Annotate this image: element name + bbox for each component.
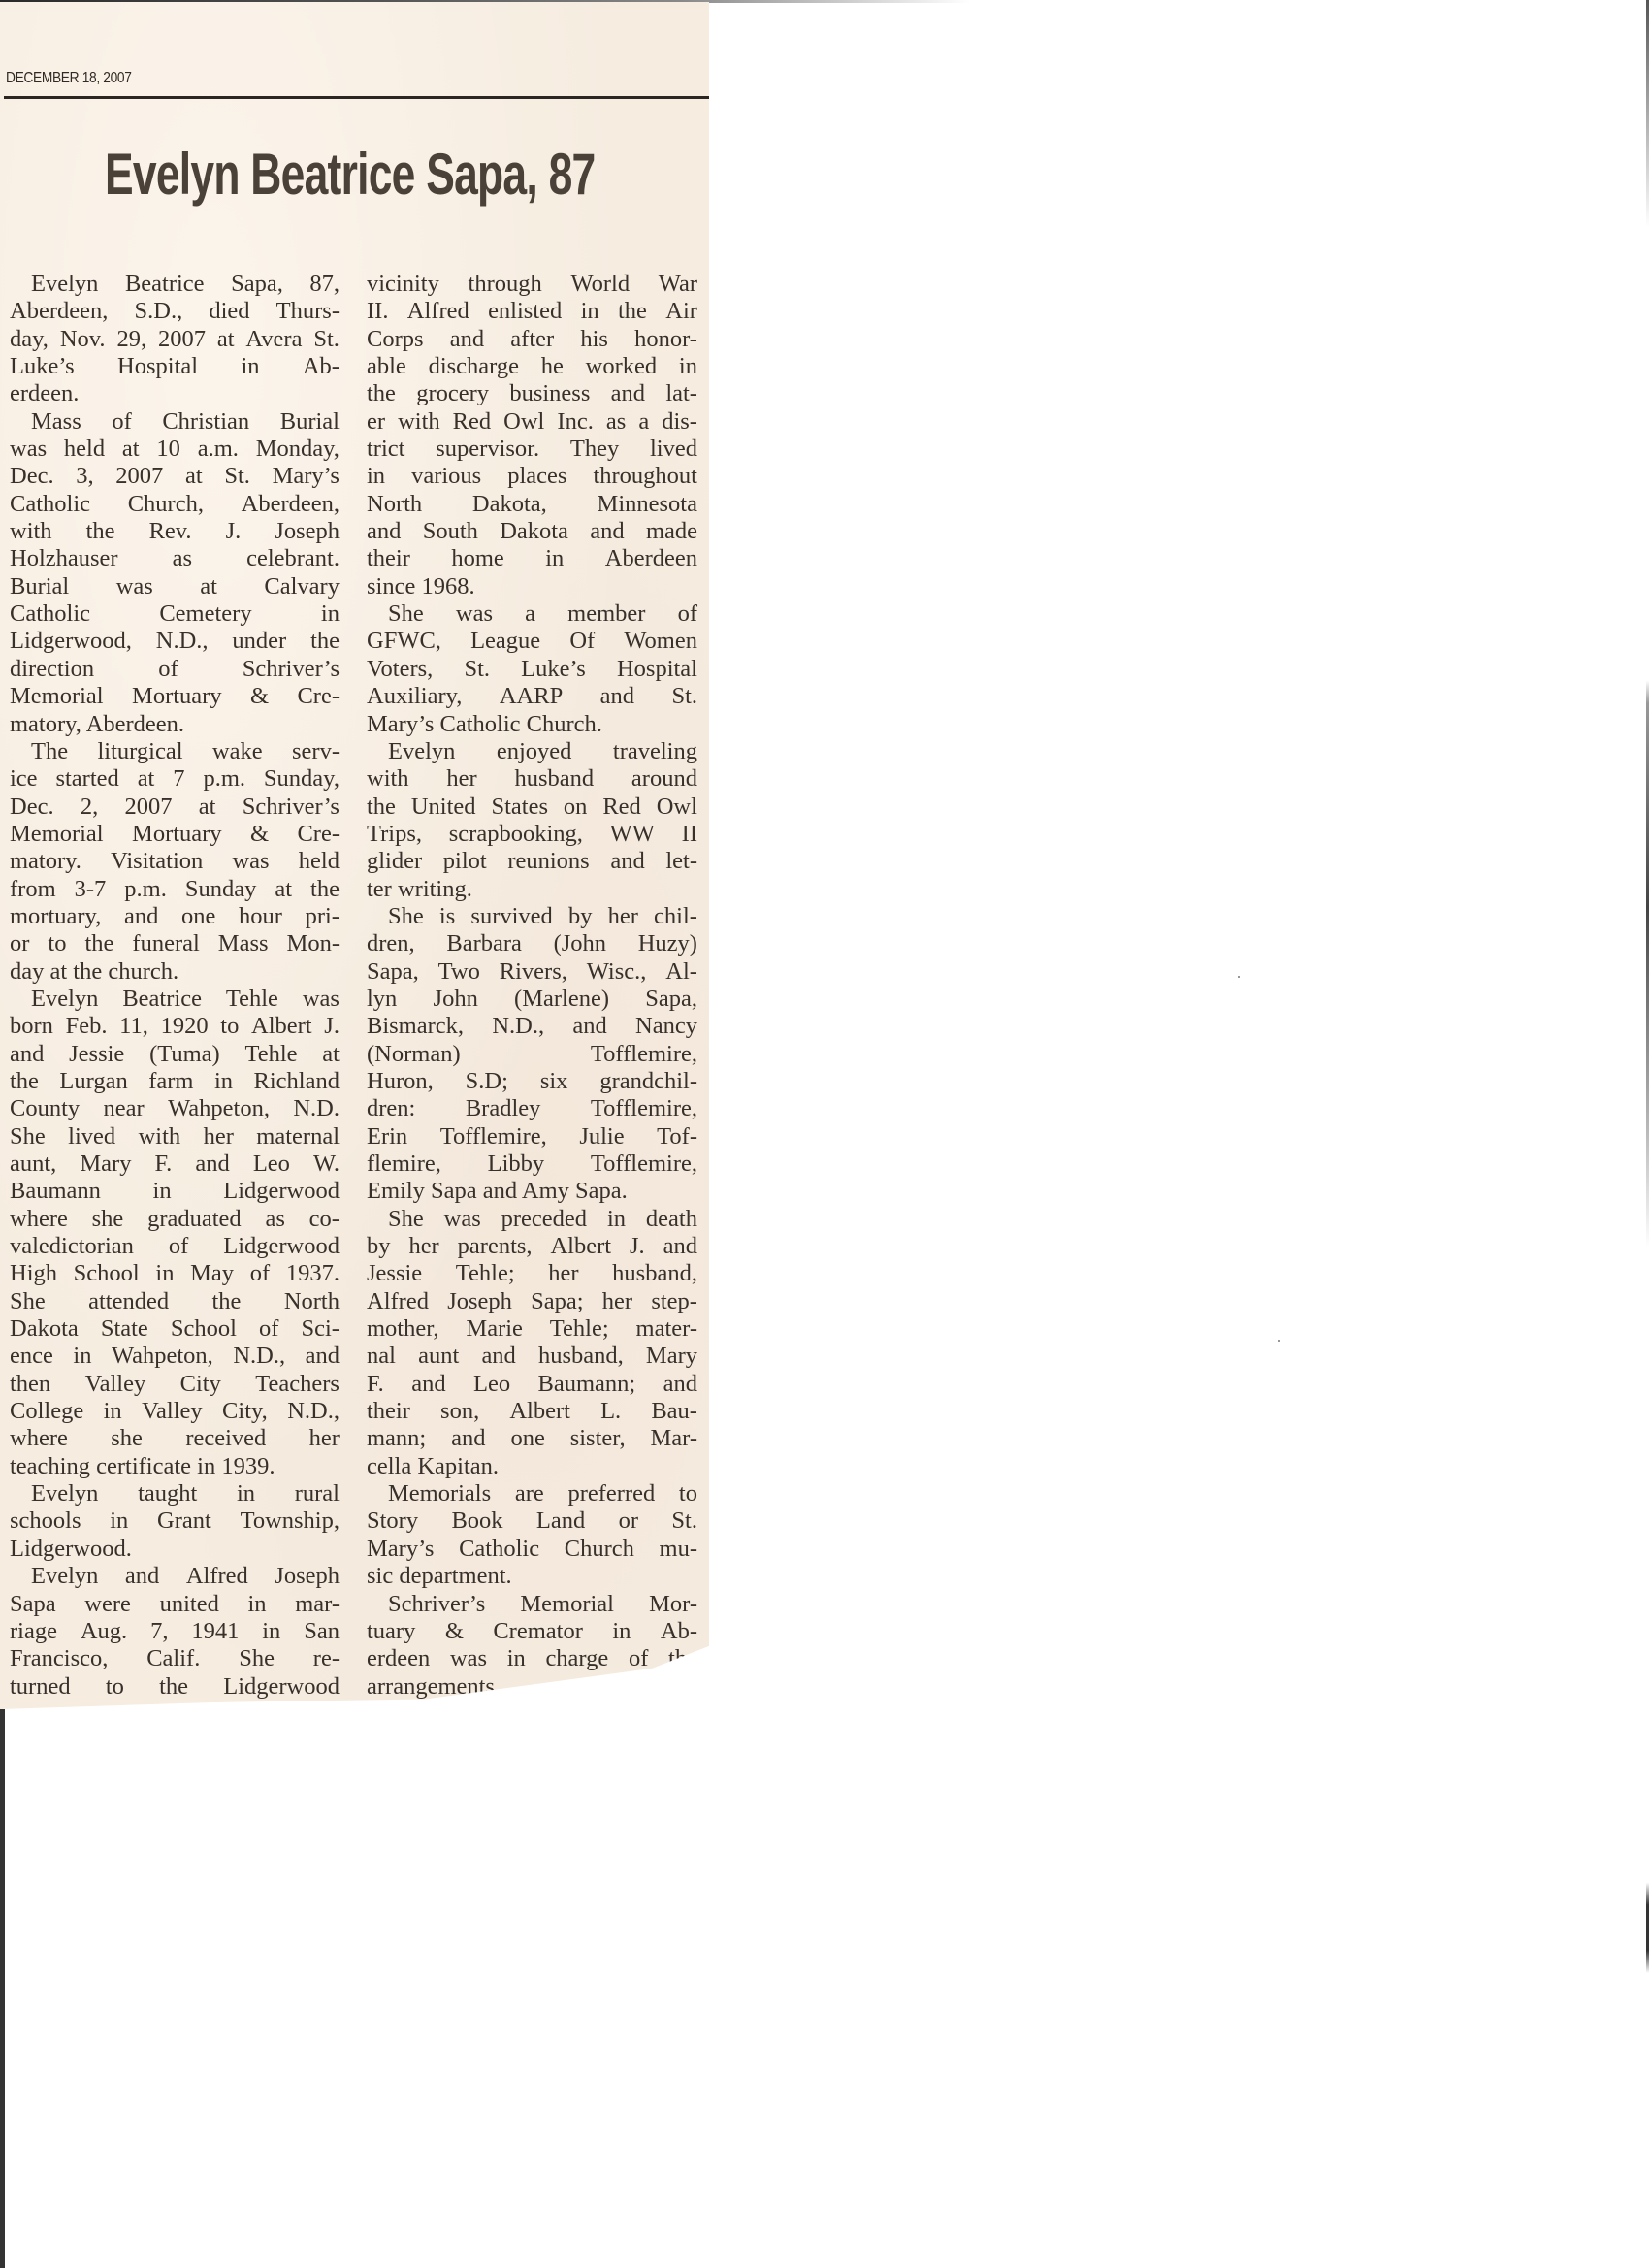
text-line: CountynearWahpeton,N.D. [10,1095,339,1122]
obituary-headline: Evelyn Beatrice Sapa, 87 [105,144,595,206]
text-column-1: EvelynBeatriceSapa,87,Aberdeen,S.D.,died… [10,271,339,1701]
text-line: andJessie(Tuma)Tehleat [10,1041,339,1068]
text-line: invariousplacesthroughout [367,463,697,490]
text-line: from3-7p.m.Sundayatthe [10,876,339,903]
text-line: teaching certificate in 1939. [10,1453,339,1480]
text-line: Huron,S.D;sixgrandchil- [367,1068,697,1095]
text-line: directionofSchriver’s [10,656,339,683]
text-line: Shewasprecededindeath [367,1206,697,1233]
text-line: MassofChristianBurial [10,408,339,436]
text-line: DakotaStateSchoolofSci- [10,1315,339,1343]
text-line: Lidgerwood,N.D.,underthe [10,628,339,655]
text-line: since 1968. [367,573,697,600]
text-line: day at the church. [10,958,339,986]
text-line: arrangements. [367,1673,697,1701]
text-line: Dec.2,2007atSchriver’s [10,794,339,821]
text-line: Voters,St.Luke’sHospital [367,656,697,683]
text-line: Aberdeen,S.D.,diedThurs- [10,298,339,325]
text-line: theirson,AlbertL.Bau- [367,1398,697,1425]
text-line: Lidgerwood. [10,1536,339,1563]
text-line: ortothefuneralMassMon- [10,930,339,957]
text-line: Memorialsarepreferredto [367,1480,697,1507]
text-line: Shelivedwithhermaternal [10,1123,339,1150]
text-line: NorthDakota,Minnesota [367,491,697,518]
text-line: theirhomeinAberdeen [367,545,697,572]
text-line: cella Kapitan. [367,1453,697,1480]
text-line: Bismarck,N.D.,andNancy [367,1013,697,1040]
text-line: matory, Aberdeen. [10,711,339,738]
text-line: CatholicChurch,Aberdeen, [10,491,339,518]
text-line: GFWC,LeagueOfWomen [367,628,697,655]
text-line: vicinitythroughWorldWar [367,271,697,298]
scan-speck [1238,976,1240,978]
text-line: SheattendedtheNorth [10,1288,339,1315]
text-line: turnedtotheLidgerwood [10,1673,339,1701]
text-line: trictsupervisor.Theylived [367,436,697,463]
text-line: flemire,LibbyTofflemire, [367,1150,697,1178]
text-line: abledischargeheworkedin [367,353,697,380]
newspaper-clipping: DECEMBER 18, 2007 Evelyn Beatrice Sapa, … [0,2,709,1709]
text-line: Holzhauserascelebrant. [10,545,339,572]
text-line: tuary&CrematorinAb- [367,1618,697,1645]
text-line: MemorialMortuary&Cre- [10,821,339,848]
text-line: dren:BradleyTofflemire, [367,1095,697,1122]
text-line: CollegeinValleyCity,N.D., [10,1398,339,1425]
text-line: ErinTofflemire,JulieTof- [367,1123,697,1150]
text-line: Emily Sapa and Amy Sapa. [367,1178,697,1205]
text-line: Trips,scrapbooking,WWII [367,821,697,848]
text-line: ter writing. [367,876,697,903]
text-line: lynJohn(Marlene)Sapa, [367,986,697,1013]
text-line: Shewasamemberof [367,600,697,628]
text-line: thegrocerybusinessandlat- [367,380,697,407]
text-line: (Norman)Tofflemire, [367,1041,697,1068]
text-line: AlfredJosephSapa;herstep- [367,1288,697,1315]
text-line: CatholicCemeteryin [10,600,339,628]
header-rule [4,96,709,99]
text-line: Francisco,Calif.Shere- [10,1645,339,1672]
scanner-left-edge [0,1709,5,2268]
text-line: Evelyntaughtinrural [10,1480,339,1507]
text-line: StoryBookLandorSt. [367,1507,697,1535]
text-line: Mary’s Catholic Church. [367,711,697,738]
text-line: JessieTehle;herhusband, [367,1260,697,1287]
text-line: valedictorianofLidgerwood [10,1233,339,1260]
text-line: aunt,MaryF.andLeoW. [10,1150,339,1178]
text-line: byherparents,AlbertJ.and [367,1233,697,1260]
text-line: schoolsinGrantTownship, [10,1507,339,1535]
text-line: Corpsandafterhishonor- [367,326,697,353]
text-line: EvelynandAlfredJoseph [10,1563,339,1590]
text-line: andSouthDakotaandmade [367,518,697,545]
text-line: EvelynBeatriceSapa,87, [10,271,339,298]
text-line: erwithRedOwlInc.asadis- [367,408,697,436]
text-line: day,Nov.29,2007atAveraSt. [10,326,339,353]
dateline: DECEMBER 18, 2007 [6,70,132,87]
text-line: whereshegraduatedasco- [10,1206,339,1233]
text-line: withtheRev.J.Joseph [10,518,339,545]
text-line: erdeenwasinchargeofthe [367,1645,697,1672]
text-line: BurialwasatCalvary [10,573,339,600]
text-line: erdeen. [10,380,339,407]
text-line: Auxiliary,AARPandSt. [367,683,697,710]
text-line: theLurganfarminRichland [10,1068,339,1095]
text-column-2: vicinitythroughWorldWarII.Alfredenlisted… [367,271,697,1701]
text-line: Mary’sCatholicChurchmu- [367,1536,697,1563]
text-line: II.AlfredenlistedintheAir [367,298,697,325]
text-line: mother,MarieTehle;mater- [367,1315,697,1343]
text-line: enceinWahpeton,N.D.,and [10,1343,339,1370]
text-line: BaumanninLidgerwood [10,1178,339,1205]
text-line: Theliturgicalwakeserv- [10,738,339,765]
text-line: gliderpilotreunionsandlet- [367,848,697,875]
text-line: Dec.3,2007atSt.Mary’s [10,463,339,490]
text-line: Sheissurvivedbyherchil- [367,903,697,930]
text-line: Sapawereunitedinmar- [10,1591,339,1618]
text-line: thenValleyCityTeachers [10,1371,339,1398]
text-line: Sapa,TwoRivers,Wisc.,Al- [367,958,697,986]
text-line: mortuary,andonehourpri- [10,903,339,930]
text-line: riageAug.7,1941inSan [10,1618,339,1645]
text-line: MemorialMortuary&Cre- [10,683,339,710]
text-line: icestartedat7p.m.Sunday, [10,765,339,793]
text-line: washeldat10a.m.Monday, [10,436,339,463]
text-line: bornFeb.11,1920toAlbertJ. [10,1013,339,1040]
text-line: withherhusbandaround [367,765,697,793]
text-line: Luke’sHospitalinAb- [10,353,339,380]
text-line: matory.Visitationwasheld [10,848,339,875]
text-line: theUnitedStatesonRedOwl [367,794,697,821]
text-line: dren,Barbara(JohnHuzy) [367,930,697,957]
text-line: Evelynenjoyedtraveling [367,738,697,765]
text-line: nalauntandhusband,Mary [367,1343,697,1370]
text-line: F.andLeoBaumann;and [367,1371,697,1398]
text-line: HighSchoolinMayof1937. [10,1260,339,1287]
text-line: EvelynBeatriceTehlewas [10,986,339,1013]
text-line: Schriver’sMemorialMor- [367,1591,697,1618]
text-line: sic department. [367,1563,697,1590]
scan-speck [1278,1340,1280,1342]
text-line: mann;andonesister,Mar- [367,1425,697,1452]
text-line: whereshereceivedher [10,1425,339,1452]
